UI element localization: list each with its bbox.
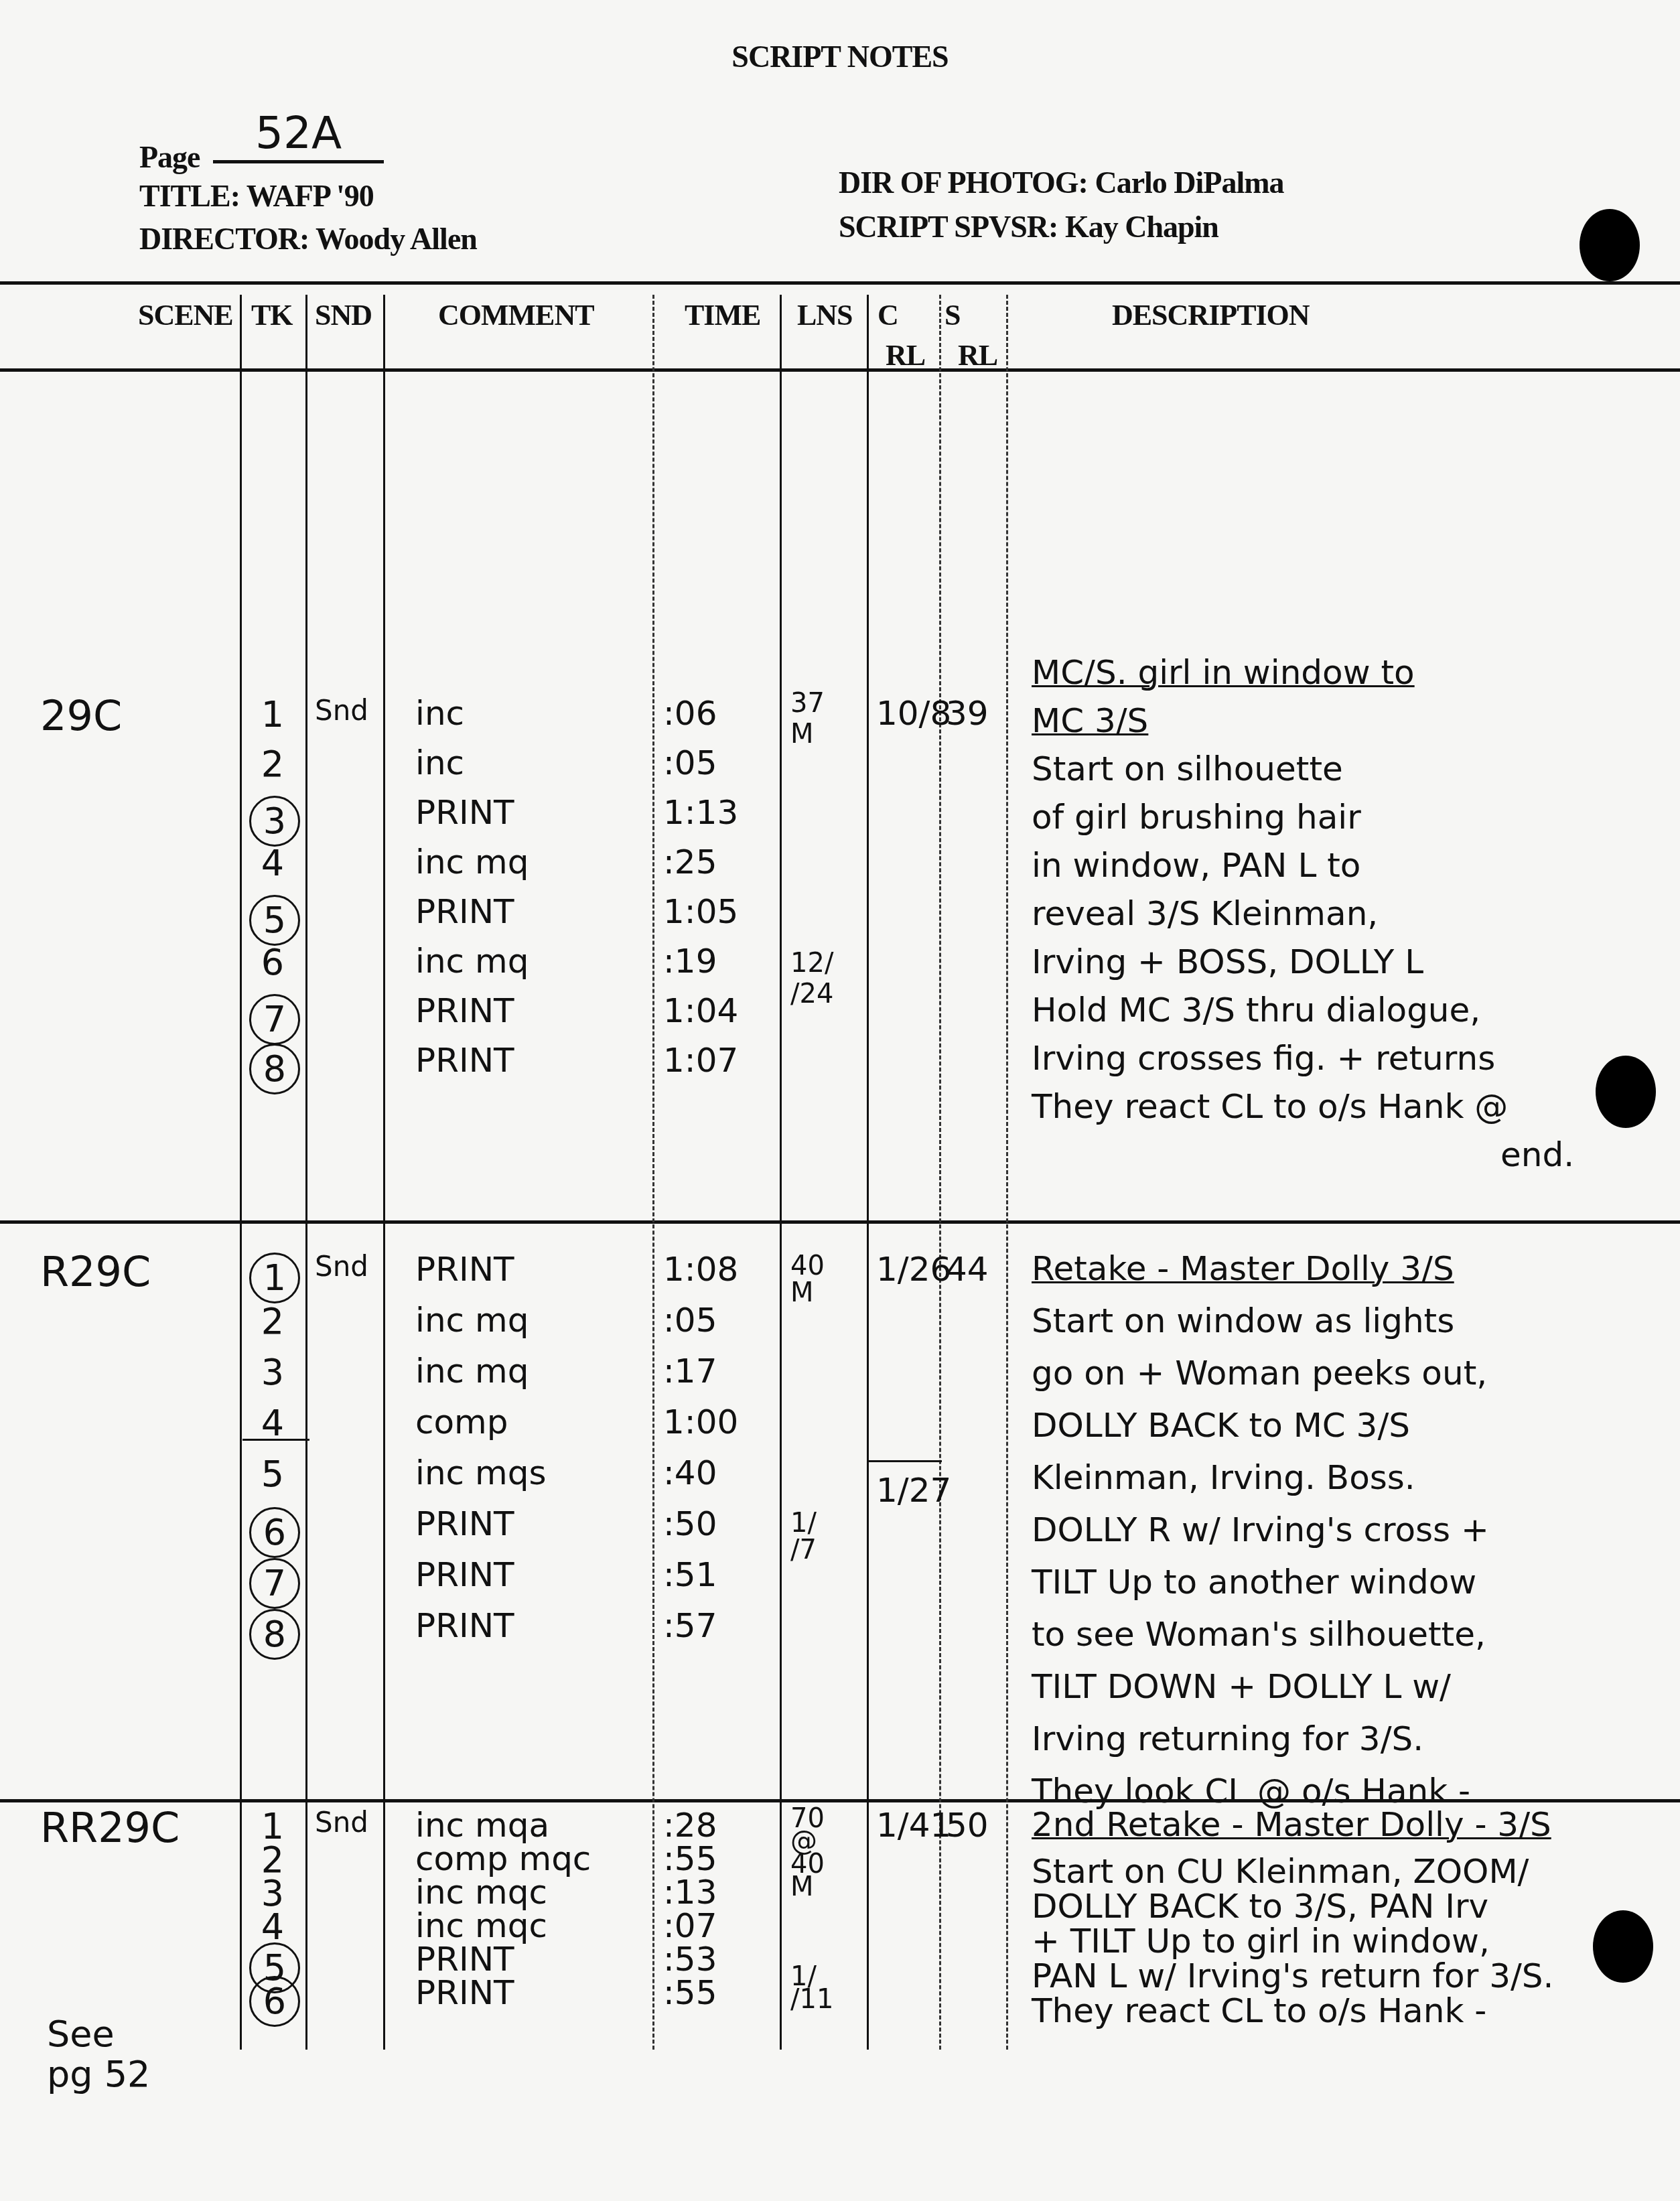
- column-header-take: TK: [251, 298, 293, 332]
- take-time: :51: [663, 1558, 717, 1591]
- take-comment: inc mq: [415, 845, 529, 879]
- column-header-scene: SCENE: [138, 298, 233, 332]
- scene-note: pg 52: [47, 2056, 150, 2092]
- header-bottom-rule: [0, 368, 1680, 372]
- take-time: 1:08: [663, 1253, 738, 1286]
- take-comment: inc mqa: [415, 1808, 549, 1842]
- column-divider: [305, 295, 307, 2050]
- description-line: Irving returning for 3/S.: [1032, 1719, 1423, 1758]
- take-time: 1:07: [663, 1044, 738, 1077]
- take-number: 7: [249, 994, 300, 1045]
- take-number: 4: [249, 1405, 296, 1441]
- description-line: Irving crosses fig. + returns: [1032, 1039, 1495, 1078]
- sound-roll: 39: [946, 697, 989, 730]
- camera-roll: 1/26: [876, 1253, 951, 1286]
- take-number: 8: [249, 1044, 300, 1094]
- column-header-time: TIME: [685, 298, 760, 332]
- supervisor-label: SCRIPT SPVSR:: [839, 210, 1058, 244]
- supervisor-value: Kay Chapin: [1065, 210, 1218, 244]
- take-time: :19: [663, 944, 717, 978]
- description-line: reveal 3/S Kleinman,: [1032, 894, 1378, 933]
- description-line: TILT DOWN + DOLLY L w/: [1032, 1667, 1451, 1706]
- take-comment: inc mqs: [415, 1456, 546, 1490]
- film-title-field: TITLE: WAFP '90: [139, 178, 374, 214]
- sound-marker: Snd: [315, 1808, 368, 1837]
- description-line: + TILT Up to girl in window,: [1032, 1922, 1490, 1961]
- take-number: 3: [249, 796, 300, 847]
- take-number: 3: [249, 1354, 296, 1391]
- dop-value: Carlo DiPalma: [1095, 165, 1283, 200]
- description-line: Start on window as lights: [1032, 1301, 1454, 1340]
- description-line: of girl brushing hair: [1032, 798, 1361, 837]
- take-number: 4: [249, 845, 296, 881]
- take-number: 5: [249, 1456, 296, 1492]
- take-time: :25: [663, 845, 717, 879]
- take-number: 2: [249, 1303, 296, 1340]
- take-number: 7: [249, 1558, 300, 1609]
- description-header: MC 3/S: [1032, 701, 1148, 740]
- dop-field: DIR OF PHOTOG: Carlo DiPalma: [839, 165, 1284, 200]
- take-number: 6: [249, 944, 296, 981]
- take-group-divider: [242, 1439, 309, 1441]
- column-divider: [240, 295, 242, 2050]
- take-comment: PRINT: [415, 1976, 514, 2009]
- sound-roll: 44: [946, 1253, 989, 1286]
- take-comment: inc: [415, 697, 464, 730]
- take-time: 1:04: [663, 994, 738, 1027]
- description-line: Irving + BOSS, DOLLY L: [1032, 942, 1423, 981]
- take-comment: PRINT: [415, 1044, 514, 1077]
- column-header-sound: SND: [315, 298, 372, 332]
- column-header-camera-roll: C: [878, 298, 898, 332]
- lines-count: /11: [790, 1986, 833, 2013]
- take-time: :07: [663, 1909, 717, 1942]
- take-comment: PRINT: [415, 1942, 514, 1976]
- take-number: 1: [249, 697, 296, 733]
- column-header-sound-roll-sub: RL: [958, 338, 997, 372]
- take-time: :50: [663, 1507, 717, 1541]
- sound-marker: Snd: [315, 697, 368, 725]
- scene-number: R29C: [40, 1247, 151, 1296]
- column-header-camera-roll-sub: RL: [886, 338, 925, 372]
- description-line: end.: [1500, 1135, 1574, 1174]
- lines-count: M: [790, 1279, 814, 1306]
- take-comment: PRINT: [415, 1609, 514, 1642]
- description-line: Kleinman, Irving. Boss.: [1032, 1458, 1415, 1497]
- take-time: :17: [663, 1354, 717, 1388]
- description-line: DOLLY BACK to MC 3/S: [1032, 1406, 1410, 1445]
- take-time: :55: [663, 1842, 717, 1875]
- column-divider: [780, 295, 782, 2050]
- take-comment: PRINT: [415, 1507, 514, 1541]
- punch-hole-icon: [1580, 209, 1640, 281]
- take-time: 1:05: [663, 895, 738, 928]
- director-field: DIRECTOR: Woody Allen: [139, 221, 477, 257]
- camera-roll: 1/27: [876, 1474, 951, 1507]
- take-comment: PRINT: [415, 994, 514, 1027]
- scene-number: RR29C: [40, 1803, 180, 1852]
- description-header: Retake - Master Dolly 3/S: [1032, 1249, 1454, 1288]
- take-comment: inc mqc: [415, 1875, 547, 1909]
- description-line: Start on silhouette: [1032, 750, 1343, 788]
- column-divider: [867, 295, 869, 2050]
- take-time: :53: [663, 1942, 717, 1976]
- lines-count: M: [790, 1873, 814, 1900]
- column-divider: [383, 295, 385, 2050]
- lines-count: M: [790, 721, 814, 748]
- punch-hole-icon: [1593, 1910, 1653, 1983]
- take-number: 1: [249, 1253, 300, 1303]
- film-title-label: TITLE:: [139, 179, 240, 213]
- take-comment: inc mqc: [415, 1909, 547, 1942]
- document-title: SCRIPT NOTES: [0, 39, 1680, 74]
- camera-roll: 10/8: [876, 697, 951, 730]
- scene-note: See: [47, 2016, 115, 2052]
- supervisor-field: SCRIPT SPVSR: Kay Chapin: [839, 209, 1218, 244]
- take-number: 8: [249, 1609, 300, 1660]
- column-header-description: DESCRIPTION: [1112, 298, 1310, 332]
- director-label: DIRECTOR:: [139, 222, 309, 256]
- sound-marker: Snd: [315, 1253, 368, 1281]
- description-line: to see Woman's silhouette,: [1032, 1615, 1486, 1654]
- take-time: :05: [663, 746, 717, 780]
- take-number: 6: [249, 1976, 300, 2027]
- sound-roll: 50: [946, 1808, 989, 1842]
- take-number: 2: [249, 746, 296, 782]
- take-time: 1:00: [663, 1405, 738, 1439]
- description-line: in window, PAN L to: [1032, 846, 1360, 885]
- description-line: DOLLY BACK to 3/S, PAN Irv: [1032, 1887, 1488, 1926]
- page-label: Page: [139, 139, 200, 175]
- description-header: 2nd Retake - Master Dolly - 3/S: [1032, 1805, 1551, 1844]
- scene-number: 29C: [40, 691, 122, 740]
- column-divider: [1006, 295, 1008, 2050]
- dop-label: DIR OF PHOTOG:: [839, 165, 1088, 200]
- take-comment: inc mq: [415, 1354, 529, 1388]
- lines-count: 12/: [790, 950, 833, 977]
- column-divider: [652, 295, 654, 2050]
- take-comment: inc mq: [415, 1303, 529, 1337]
- camera-roll: 1/41: [876, 1808, 951, 1842]
- description-line: TILT Up to another window: [1032, 1563, 1476, 1602]
- take-comment: PRINT: [415, 1558, 514, 1591]
- lines-count: /24: [790, 981, 833, 1007]
- column-header-lines: LNS: [797, 298, 853, 332]
- take-number: 5: [249, 895, 300, 946]
- take-comment: PRINT: [415, 895, 514, 928]
- take-group-divider: [868, 1460, 942, 1462]
- description-line: Start on CU Kleinman, ZOOM/: [1032, 1852, 1529, 1891]
- take-comment: inc: [415, 746, 464, 780]
- description-line: DOLLY R w/ Irving's cross +: [1032, 1510, 1489, 1549]
- description-line: go on + Woman peeks out,: [1032, 1354, 1487, 1393]
- take-time: :28: [663, 1808, 717, 1842]
- column-header-sound-roll: S: [944, 298, 960, 332]
- description-header: MC/S. girl in window to: [1032, 653, 1415, 692]
- header-top-rule: [0, 281, 1680, 285]
- lines-count: /7: [790, 1537, 817, 1563]
- lines-count: 37: [790, 690, 825, 717]
- take-time: 1:13: [663, 796, 738, 829]
- take-comment: inc mq: [415, 944, 529, 978]
- punch-hole-icon: [1596, 1056, 1656, 1128]
- take-time: :55: [663, 1976, 717, 2009]
- description-line: Hold MC 3/S thru dialogue,: [1032, 991, 1480, 1029]
- take-time: :40: [663, 1456, 717, 1490]
- take-time: :06: [663, 697, 717, 730]
- column-divider: [939, 295, 941, 2050]
- take-time: :57: [663, 1609, 717, 1642]
- director-value: Woody Allen: [316, 222, 477, 256]
- take-comment: comp: [415, 1405, 508, 1439]
- film-title-value: WAFP '90: [247, 179, 374, 213]
- take-time: :13: [663, 1875, 717, 1909]
- page-number: 52A: [213, 107, 384, 163]
- description-line: They react CL to o/s Hank @: [1032, 1087, 1508, 1126]
- take-comment: PRINT: [415, 796, 514, 829]
- take-time: :05: [663, 1303, 717, 1337]
- section-divider: [0, 1220, 1680, 1224]
- take-number: 6: [249, 1507, 300, 1558]
- take-comment: comp mqc: [415, 1842, 591, 1875]
- lines-count: 1/: [790, 1510, 817, 1537]
- description-line: They react CL to o/s Hank -: [1032, 1991, 1486, 2030]
- description-line: PAN L w/ Irving's return for 3/S.: [1032, 1957, 1553, 1995]
- take-number: 4: [249, 1909, 296, 1945]
- take-comment: PRINT: [415, 1253, 514, 1286]
- column-header-comment: COMMENT: [438, 298, 594, 332]
- lines-count: 40: [790, 1253, 825, 1279]
